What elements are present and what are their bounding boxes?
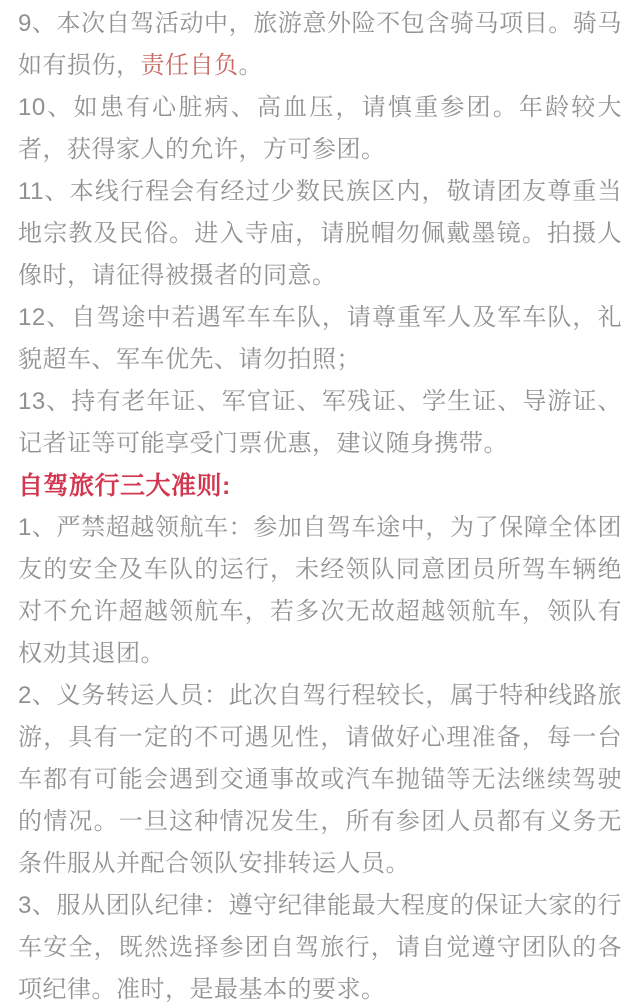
notice-item-9: 9、本次自驾活动中，旅游意外险不包含骑马项目。骑马如有损伤，责任自负。 bbox=[18, 3, 622, 87]
rules-section-heading: 自驾旅行三大准则: bbox=[18, 465, 622, 507]
notice-item-12: 12、自驾途中若遇军车车队，请尊重军人及军车队，礼貌超车、军车优先、请勿拍照； bbox=[18, 297, 622, 381]
notice-9-highlight-text: 责任自负 bbox=[141, 52, 239, 79]
rule-item-1: 1、严禁超越领航车：参加自驾车途中，为了保障全体团友的安全及车队的运行，未经领队… bbox=[18, 507, 622, 675]
travel-notice-document: 9、本次自驾活动中，旅游意外险不包含骑马项目。骑马如有损伤，责任自负。 10、如… bbox=[0, 0, 640, 1004]
notice-9-period: 。 bbox=[239, 52, 264, 79]
notice-item-10: 10、如患有心脏病、高血压，请慎重参团。年龄较大者，获得家人的允许，方可参团。 bbox=[18, 87, 622, 171]
notice-item-13: 13、持有老年证、军官证、军残证、学生证、导游证、记者证等可能享受门票优惠，建议… bbox=[18, 381, 622, 465]
notice-9-text: 9、本次自驾活动中，旅游意外险不包含骑马项目。骑马如有损伤， bbox=[18, 10, 622, 79]
notice-item-11: 11、本线行程会有经过少数民族区内，敬请团友尊重当地宗教及民俗。进入寺庙，请脱帽… bbox=[18, 171, 622, 297]
rule-item-3: 3、服从团队纪律：遵守纪律能最大程度的保证大家的行车安全，既然选择参团自驾旅行，… bbox=[18, 885, 622, 1004]
rule-item-2: 2、义务转运人员：此次自驾行程较长，属于特种线路旅游，具有一定的不可遇见性，请做… bbox=[18, 675, 622, 885]
